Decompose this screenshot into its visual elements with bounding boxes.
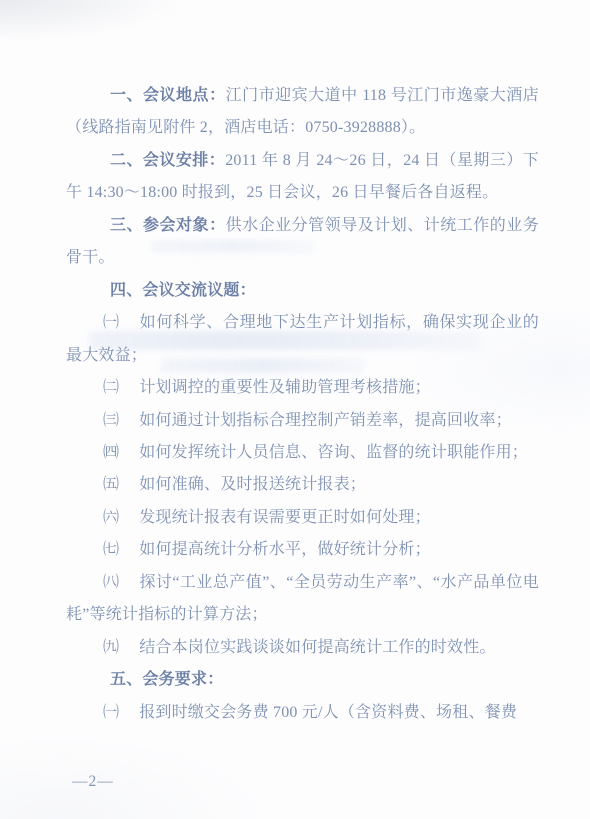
topic-item-3: ㈢如何通过计划指标合理控制产销差率，提高回收率； bbox=[66, 405, 539, 437]
topic-item-9: ㈨结合本岗位实践谈谈如何提高统计工作的时效性。 bbox=[66, 632, 539, 664]
item-text: 如何科学、合理地下达生产计划指标，确保实现企业的最大效益； bbox=[66, 314, 539, 363]
item-text: 发现统计报表有误需要更正时如何处理； bbox=[139, 509, 431, 526]
item-text: 计划调控的重要性及辅助管理考核措施； bbox=[139, 379, 431, 396]
paragraph-attendees: 三、参会对象：供水企业分管领导及计划、计统工作的业务骨干。 bbox=[66, 210, 539, 275]
item-marker: ㈨ bbox=[103, 632, 119, 664]
section-label-attendees: 三、参会对象： bbox=[110, 217, 226, 234]
item-text: 如何提高统计分析水平，做好统计分析； bbox=[139, 541, 431, 558]
item-text: 报到时缴交会务费 700 元/人（含资料费、场租、餐费 bbox=[139, 704, 517, 721]
paragraph-meeting-venue: 一、会议地点：江门市迎宾大道中 118 号江门市逸豪大酒店（线路指南见附件 2，… bbox=[66, 80, 539, 145]
topic-item-8: ㈧探讨“工业总产值”、“全员劳动生产率”、“水产品单位电耗”等统计指标的计算方法… bbox=[66, 567, 539, 632]
topic-item-5: ㈤如何准确、及时报送统计报表； bbox=[66, 469, 539, 501]
item-text: 如何通过计划指标合理控制产销差率，提高回收率； bbox=[139, 412, 512, 429]
item-marker: ㈤ bbox=[103, 469, 119, 501]
requirement-item-1: ㈠报到时缴交会务费 700 元/人（含资料费、场租、餐费 bbox=[66, 697, 539, 729]
item-marker: ㈣ bbox=[103, 437, 119, 469]
item-marker: ㈠ bbox=[103, 307, 119, 339]
item-marker: ㈡ bbox=[103, 372, 119, 404]
section-label-schedule: 二、会议安排： bbox=[110, 152, 225, 169]
item-marker: ㈢ bbox=[103, 405, 119, 437]
paragraph-meeting-schedule: 二、会议安排：2011 年 8 月 24～26 日，24 日（星期三）下午 14… bbox=[66, 145, 539, 210]
heading-requirements: 五、会务要求： bbox=[66, 664, 539, 696]
item-text: 如何准确、及时报送统计报表； bbox=[139, 476, 366, 493]
item-marker: ㈠ bbox=[103, 697, 119, 729]
item-marker: ㈦ bbox=[103, 534, 119, 566]
scanned-document-page: 一、会议地点：江门市迎宾大道中 118 号江门市逸豪大酒店（线路指南见附件 2，… bbox=[0, 0, 590, 819]
item-text: 探讨“工业总产值”、“全员劳动生产率”、“水产品单位电耗”等统计指标的计算方法； bbox=[66, 574, 539, 623]
item-text: 如何发挥统计人员信息、咨询、监督的统计职能作用； bbox=[139, 444, 528, 461]
page-number: —2— bbox=[72, 773, 114, 791]
topic-item-4: ㈣如何发挥统计人员信息、咨询、监督的统计职能作用； bbox=[66, 437, 539, 469]
topic-item-7: ㈦如何提高统计分析水平，做好统计分析； bbox=[66, 534, 539, 566]
topic-item-2: ㈡计划调控的重要性及辅助管理考核措施； bbox=[66, 372, 539, 404]
heading-discussion-topics: 四、会议交流议题： bbox=[66, 275, 539, 307]
item-marker: ㈥ bbox=[103, 502, 119, 534]
topic-item-1: ㈠如何科学、合理地下达生产计划指标，确保实现企业的最大效益； bbox=[66, 307, 539, 372]
document-body: 一、会议地点：江门市迎宾大道中 118 号江门市逸豪大酒店（线路指南见附件 2，… bbox=[66, 80, 539, 729]
item-text: 结合本岗位实践谈谈如何提高统计工作的时效性。 bbox=[139, 639, 495, 656]
topic-item-6: ㈥发现统计报表有误需要更正时如何处理； bbox=[66, 502, 539, 534]
item-marker: ㈧ bbox=[103, 567, 119, 599]
section-label-venue: 一、会议地点： bbox=[110, 87, 226, 104]
